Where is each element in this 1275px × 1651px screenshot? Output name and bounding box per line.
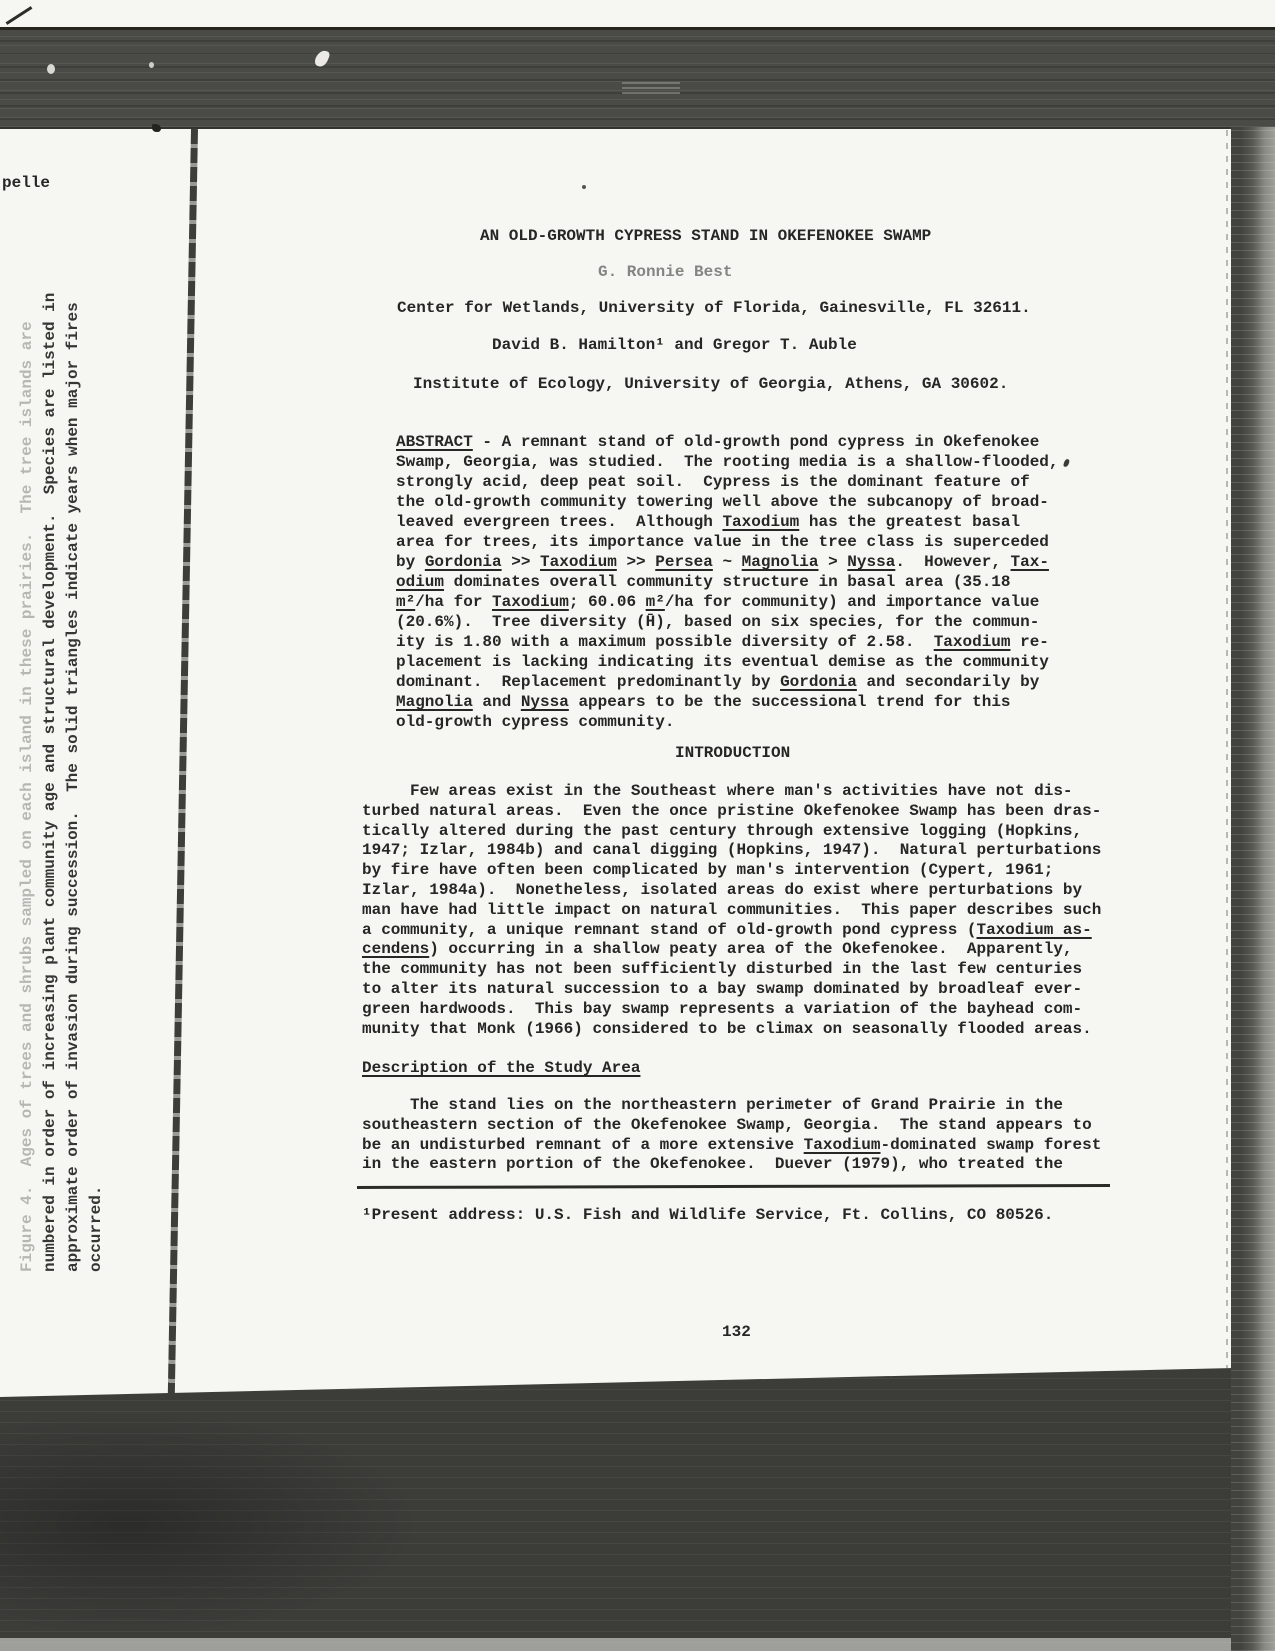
page-fold-line bbox=[168, 129, 198, 1397]
rotated-figure-caption: Figure 4. Ages of trees and shrubs sampl… bbox=[16, 257, 108, 1272]
text-line: man have had little impact on natural co… bbox=[362, 901, 1101, 921]
text-line: placement is lacking indicating its even… bbox=[396, 652, 1059, 672]
text-line: area for trees, its importance value in … bbox=[396, 532, 1059, 552]
text-line: Izlar, 1984a). Nonetheless, isolated are… bbox=[362, 881, 1101, 901]
text-line: by Gordonia >> Taxodium >> Persea ~ Magn… bbox=[396, 552, 1059, 572]
footnote-text: ¹Present address: U.S. Fish and Wildlife… bbox=[362, 1205, 1053, 1225]
text-line: tically altered during the past century … bbox=[362, 822, 1101, 842]
text-line: southeastern section of the Okefenokee S… bbox=[362, 1116, 1101, 1136]
text-line: green hardwoods. This bay swamp represen… bbox=[362, 1000, 1101, 1020]
scan-artifact-right-band bbox=[1231, 127, 1275, 1651]
text-line: approximate order of invasion during suc… bbox=[62, 257, 85, 1272]
text-line: 1947; Izlar, 1984b) and canal digging (H… bbox=[362, 841, 1101, 861]
text-line: in the eastern portion of the Okefenokee… bbox=[362, 1155, 1101, 1175]
text-line: the community has not been sufficiently … bbox=[362, 960, 1101, 980]
scan-artifact-bottom-band bbox=[0, 1367, 1275, 1651]
text-line: m²/ha for Taxodium; 60.06 m²/ha for comm… bbox=[396, 592, 1059, 612]
author-name: G. Ronnie Best bbox=[598, 262, 732, 282]
scan-speck bbox=[622, 82, 680, 96]
text-line: ity is 1.80 with a maximum possible dive… bbox=[396, 632, 1059, 652]
text-line: strongly acid, deep peat soil. Cypress i… bbox=[396, 472, 1059, 492]
text-line: dominant. Replacement predominantly by G… bbox=[396, 672, 1059, 692]
author-names-secondary: David B. Hamilton¹ and Gregor T. Auble bbox=[492, 335, 857, 355]
text-line: ABSTRACT - A remnant stand of old-growth… bbox=[396, 432, 1059, 452]
text-line: be an undisturbed remnant of a more exte… bbox=[362, 1136, 1101, 1156]
section-heading-study-area: Description of the Study Area bbox=[362, 1058, 640, 1078]
text-line: to alter its natural succession to a bay… bbox=[362, 980, 1101, 1000]
abstract-paragraph: ABSTRACT - A remnant stand of old-growth… bbox=[396, 432, 1059, 732]
scan-speck bbox=[149, 62, 154, 68]
text-line: turbed natural areas. Even the once pris… bbox=[362, 802, 1101, 822]
scan-corner-mark bbox=[6, 6, 33, 25]
text-line: munity that Monk (1966) considered to be… bbox=[362, 1020, 1101, 1040]
text-line: The stand lies on the northeastern perim… bbox=[362, 1096, 1101, 1116]
scan-speck bbox=[1063, 459, 1070, 468]
cutoff-text-fragment: pelle bbox=[2, 173, 50, 193]
text-line: a community, a unique remnant stand of o… bbox=[362, 921, 1101, 941]
page-right-edge-line bbox=[1226, 130, 1228, 1368]
text-line: old-growth cypress community. bbox=[396, 712, 1059, 732]
text-line: Magnolia and Nyssa appears to be the suc… bbox=[396, 692, 1059, 712]
introduction-paragraph: Few areas exist in the Southeast where m… bbox=[362, 782, 1101, 1039]
author-affiliation-secondary: Institute of Ecology, University of Geor… bbox=[413, 374, 1008, 394]
study-area-paragraph: The stand lies on the northeastern perim… bbox=[362, 1096, 1101, 1175]
text-line: cendens) occurring in a shallow peaty ar… bbox=[362, 940, 1101, 960]
author-affiliation: Center for Wetlands, University of Flori… bbox=[397, 298, 1031, 318]
section-heading-introduction: INTRODUCTION bbox=[675, 743, 790, 763]
scan-speck bbox=[582, 185, 586, 189]
text-line: occurred. bbox=[85, 257, 108, 1272]
text-line: (20.6%). Tree diversity (H̄), based on s… bbox=[396, 612, 1059, 632]
text-line: by fire have often been complicated by m… bbox=[362, 861, 1101, 881]
text-line: leaved evergreen trees. Although Taxodiu… bbox=[396, 512, 1059, 532]
text-line: odium dominates overall community struct… bbox=[396, 572, 1059, 592]
scan-speck bbox=[152, 124, 161, 132]
text-line: the old-growth community towering well a… bbox=[396, 492, 1059, 512]
scan-speck bbox=[47, 64, 55, 74]
paper-title: AN OLD-GROWTH CYPRESS STAND IN OKEFENOKE… bbox=[480, 226, 931, 246]
footnote-rule bbox=[357, 1184, 1110, 1189]
scanned-paper-page: pelle Figure 4. Ages of trees and shrubs… bbox=[0, 0, 1275, 1651]
text-line: Figure 4. Ages of trees and shrubs sampl… bbox=[16, 257, 39, 1272]
scan-artifact-top-band bbox=[0, 27, 1275, 129]
text-line: numbered in order of increasing plant co… bbox=[39, 257, 62, 1272]
page-number: 132 bbox=[722, 1322, 751, 1342]
text-line: Swamp, Georgia, was studied. The rooting… bbox=[396, 452, 1059, 472]
text-line: Few areas exist in the Southeast where m… bbox=[362, 782, 1101, 802]
